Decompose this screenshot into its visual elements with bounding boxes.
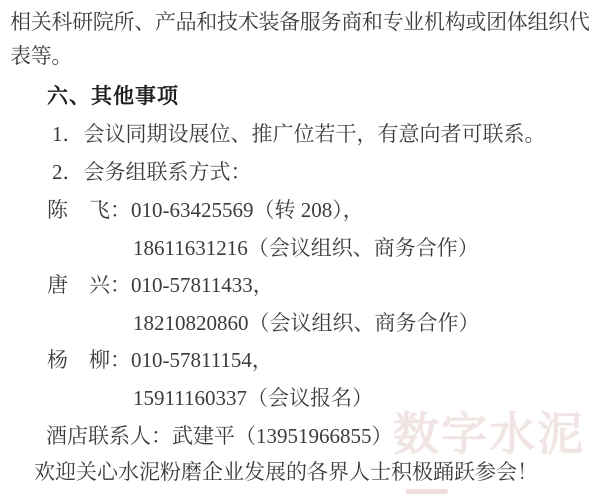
hotel-contact-line: 酒店联系人：武建平（13951966855） bbox=[46, 424, 393, 449]
contact-1-name-phone: 陈 飞：010-63425569（转 208）， bbox=[47, 198, 364, 223]
contact-1-mobile-detail: 18611631216（会议组织、商务合作） bbox=[133, 236, 479, 261]
paragraph-line-1: 相关科研院所、产品和技术装备服务商和专业机构或团体组织代 bbox=[10, 10, 590, 35]
list-item-1: 1．会议同期设展位、推广位若干，有意向者可联系。 bbox=[52, 122, 546, 147]
contact-2-name-phone: 唐 兴：010-57811433， bbox=[47, 273, 274, 298]
watermark-text: 数字水泥 bbox=[393, 398, 585, 464]
list-item-2: 2．会务组联系方式： bbox=[52, 160, 252, 185]
contact-2-mobile-detail: 18210820860（会议组织、商务合作） bbox=[133, 311, 480, 336]
section-heading: 六、其他事项 bbox=[47, 84, 179, 109]
watermark-smudge bbox=[406, 489, 448, 494]
paragraph-line-2: 表等。 bbox=[10, 44, 72, 69]
document-page: 数字水泥 相关科研院所、产品和技术装备服务商和专业机构或团体组织代 表等。 六、… bbox=[0, 0, 595, 499]
contact-3-mobile-detail: 15911160337（会议报名） bbox=[133, 386, 373, 411]
contact-3-name-phone: 杨 柳：010-57811154， bbox=[47, 348, 273, 373]
closing-line: 欢迎关心水泥粉磨企业发展的各界人士积极踊跃参会！ bbox=[34, 460, 538, 485]
